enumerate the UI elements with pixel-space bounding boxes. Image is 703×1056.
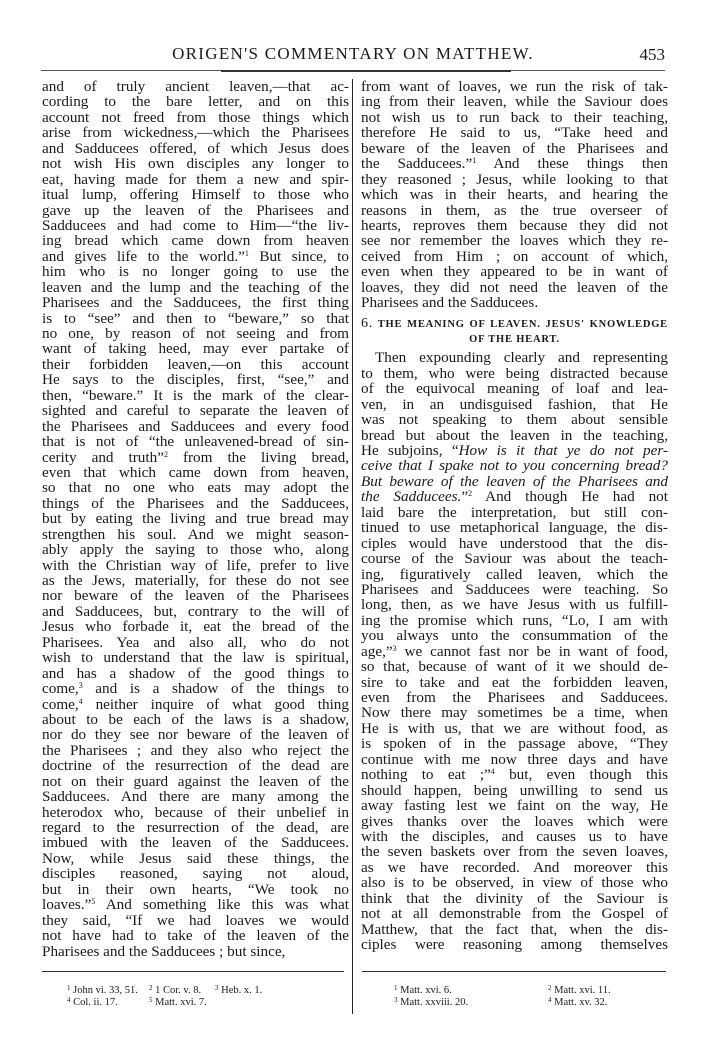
text-line: and gives life to the world.”1 But since… [42,249,349,264]
right-column: from want of loaves, we run the risk of … [361,79,668,952]
text-line: and Sadducees offered, of which Jesus do… [42,141,349,156]
text-line: their forbidden leaven,—on this account [42,357,349,372]
text-line: Then expounding clearly and representing [361,350,668,365]
section-heading-line-1: The meaning of leaven. Jesus' knowledge [378,319,668,330]
text-line: therefore He said to us, “Take heed and [361,125,668,140]
text-line: and Sadducees, but, contrary to the will… [42,604,349,619]
text-line: nothing to eat ;”4 but, even though this [361,767,668,782]
text-line: itual lump, offering Himself to those wh… [42,187,349,202]
text-line: nor do they see nor beware of the leaven… [42,727,349,742]
text-line: He is with us, that we are without food,… [361,721,668,736]
text-line: course of the Saviour was about the teac… [361,551,668,566]
text-line: Pharisees and the Sadducees ; but since, [42,944,349,959]
text-line: loaves, they did not need the leaven of … [361,280,668,295]
text-line: Now there may sometimes be a time, when [361,705,668,720]
text-line: to them, who were being distracted becau… [361,366,668,381]
text-line: ably apply the saying to those who, alon… [42,542,349,557]
right-column-text-before-heading: from want of loaves, we run the risk of … [361,79,668,311]
text-line: from want of loaves, we run the risk of … [361,79,668,94]
text-line: so that no one who eats may adopt the [42,480,349,495]
text-line: come,4 neither inquire of what good thin… [42,697,349,712]
text-line: not at all demonstrable from the Gospel … [361,906,668,921]
text-line: gives thanks over the loaves which were [361,814,668,829]
text-line: about to be each of the laws is a shadow… [42,712,349,727]
text-line: ceive that I spake not to you concerning… [361,458,668,473]
section-number: 6. [361,316,373,331]
text-line: sire to take and eat the forbidden leave… [361,675,668,690]
text-line: ing bread which came down from heaven [42,233,349,248]
text-line: disciples reasoned, saying not aloud, [42,866,349,881]
text-line: and of truly ancient leaven,—that ac- [42,79,349,94]
footnote-right-3: 3 Matt. xxviii. 20. [394,997,468,1009]
text-line: things of the Pharisees and the Sadducee… [42,496,349,511]
text-line: that is not of “the unleavened-bread of … [42,434,349,449]
text-line: loaves.”5 And something like this was wh… [42,897,349,912]
footnote-left-1: 1 John vi. 33, 51. [67,985,138,997]
text-line: but in their own hearts, “We took no [42,882,349,897]
text-line: account not freed from those things whic… [42,110,349,125]
header-rule [41,70,665,71]
text-line: ven, in an undisguised fashion, that He [361,397,668,412]
footnote-rule-left [42,971,344,972]
section-heading-line-2: of the heart. [361,332,668,347]
text-line: not wish His own disciples any longer to [42,156,349,171]
text-line: not have had to take of the leaven of th… [42,928,349,943]
text-line: Matthew, that the fact that, when the di… [361,922,668,937]
footnote-left-2: 2 1 Cor. v. 8. [149,985,201,997]
text-line: even when they appeared to be in want of [361,264,668,279]
text-line: He subjoins, “How is it that ye do not p… [361,443,668,458]
footnote-left-3: 3 Heb. x. 1. [215,985,262,997]
text-line: the Pharisees ; and they also who reject… [42,743,349,758]
text-line: but by eating the living and true bread … [42,511,349,526]
text-line: leaven and the lump and the teaching of … [42,280,349,295]
text-line: even that which came down from heaven, [42,465,349,480]
text-line: which was in their hearts, and hearing t… [361,187,668,202]
text-line: is spoken of in the passage above, “They [361,736,668,751]
text-line: they reasoned ; Jesus, while looking to … [361,172,668,187]
text-line: doctrine of the resurrection of the dead… [42,758,349,773]
text-line: bread but about the leaven in the teachi… [361,428,668,443]
text-line: wish to understand that the law is spiri… [42,650,349,665]
left-column: and of truly ancient leaven,—that ac-cor… [42,79,349,959]
text-line: gave up the leaven of the Pharisees and [42,203,349,218]
text-line: with the Christian way of life, prefer t… [42,558,349,573]
text-line: ing, figuratively called leaven, which t… [361,567,668,582]
text-line: laid bare the interpretation, but still … [361,505,668,520]
text-line: should happen, being unwilling to send u… [361,783,668,798]
running-title: ORIGEN'S COMMENTARY ON MATTHEW. [41,44,665,64]
text-line: so that, because of want of it we should… [361,659,668,674]
text-line: ing from their leaven, while the Saviour… [361,94,668,109]
text-line: But beware of the leaven of the Pharisee… [361,474,668,489]
text-line: ciples were reasoning among themselves [361,937,668,952]
footnote-left-4: 4 Col. ii. 17. [67,997,118,1009]
text-line: Sadducees. And there are many among the [42,789,349,804]
footnote-rule-right [362,971,666,972]
text-line: cording to the bare letter, and on this [42,94,349,109]
text-line: beware of the leaven of the Pharisees an… [361,141,668,156]
text-line: Pharisees. Yea and also all, who do not [42,635,349,650]
text-line: ing the promise which runs, “Lo, I am wi… [361,613,668,628]
text-line: think that the divinity of the Saviour i… [361,891,668,906]
text-line: Pharisees and the Sadducees. [361,295,668,310]
text-line: nor beware of the leaven of the Pharisee… [42,588,349,603]
text-line: with the disciples, and causes us to hav… [361,829,668,844]
text-line: Pharisees and Sadducees were teaching. S… [361,582,668,597]
text-line: not on their guard against the leaven of… [42,774,349,789]
text-line: long, then, as we have Jesus with us ful… [361,597,668,612]
text-line: away fasting lest we faint on the way, H… [361,798,668,813]
page-header: ORIGEN'S COMMENTARY ON MATTHEW. 453 [41,44,665,66]
text-line: Now, while Jesus said these things, the [42,851,349,866]
text-line: hearts, reproves them because they did n… [361,218,668,233]
text-line: of the equivocal meaning of loaf and lea… [361,381,668,396]
text-line: Jesus who forbade it, eat the bread of t… [42,619,349,634]
text-line: age,”3 we cannot fast nor be in want of … [361,644,668,659]
text-line: the seven baskets over from the seven lo… [361,844,668,859]
text-line: also is to be observed, in view of those… [361,875,668,890]
footnote-right-1: 1 Matt. xvi. 6. [394,985,452,997]
text-line: Sadducees and had come to Him—“the liv- [42,218,349,233]
text-line: He says to the disciples, first, “see,” … [42,372,349,387]
section-heading: 6. The meaning of leaven. Jesus' knowled… [361,316,668,332]
text-line: come,3 and is a shadow of the things to [42,681,349,696]
text-line: ceived from Him ; on account of which, [361,249,668,264]
text-line: eat, having made for them a new and spir… [42,172,349,187]
text-line: they said, “If we had loaves we would [42,913,349,928]
text-line: then, “beware.” It is the mark of the cl… [42,388,349,403]
text-line: you always unto the consummation of the [361,628,668,643]
text-line: imbued with the leaven of the Sadducees. [42,835,349,850]
text-line: was not speaking to them about sensible [361,412,668,427]
text-line: cerity and truth”2 from the living bread… [42,450,349,465]
footnote-right-4: 4 Matt. xv. 32. [548,997,607,1009]
text-line: him who is no longer going to use the [42,264,349,279]
footnote-right-2: 2 Matt. xvi. 11. [548,985,611,997]
text-line: see nor remember the loaves which they r… [361,233,668,248]
text-line: regard to the resurrection of the dead, … [42,820,349,835]
footnote-left-5: 5 Matt. xvi. 7. [149,997,207,1009]
text-line: tinued to use metaphorical language, the… [361,520,668,535]
text-line: Pharisees and the Sadducees, the first t… [42,295,349,310]
text-line: is to “see” and then to “beware,” so tha… [42,311,349,326]
text-line: ciples would have understood that the di… [361,536,668,551]
text-line: even from the Pharisees and Sadducees. [361,690,668,705]
text-line: no one, by reason of not seeing and from [42,326,349,341]
text-line: strengthen his soul. And we might season… [42,527,349,542]
text-line: want of taking heed, may ever partake of [42,341,349,356]
text-line: as the Jews, materially, for these do no… [42,573,349,588]
right-column-text-after-heading: Then expounding clearly and representing… [361,350,668,952]
page-number: 453 [640,45,666,65]
text-line: continue with me now three days and have [361,752,668,767]
text-line: sighted and careful to separate the leav… [42,403,349,418]
text-line: the Sadducees.”1 And these things then [361,156,668,171]
text-line: heterodox who, because of their unbelief… [42,805,349,820]
text-line: not wish us to run back to their teachin… [361,110,668,125]
text-line: and has a shadow of the good things to [42,666,349,681]
text-line: the Pharisees and Sadducees and every fo… [42,419,349,434]
column-divider [352,79,353,1014]
text-line: reasons in them, as the true overseer of [361,203,668,218]
text-line: arise from wickedness,—which the Pharise… [42,125,349,140]
text-line: as we have recorded. And moreover this [361,860,668,875]
text-line: the Sadducees.”2 And though He had not [361,489,668,504]
